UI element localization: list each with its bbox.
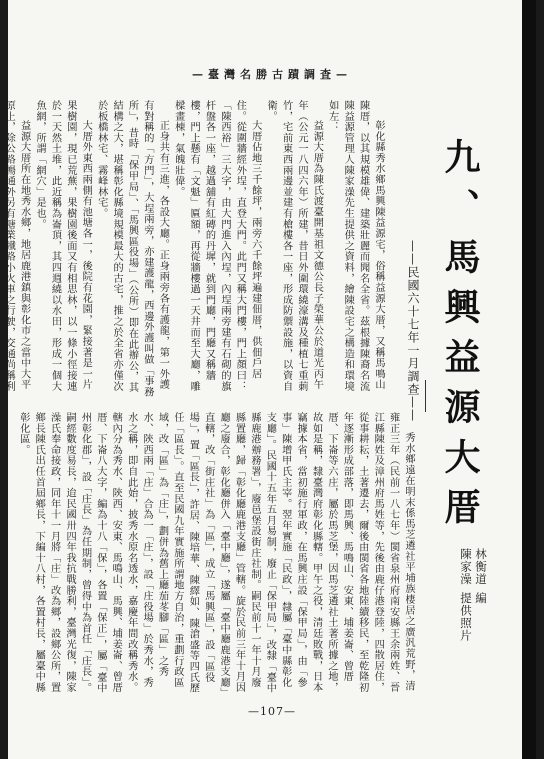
scan-edge — [522, 0, 536, 759]
paragraph: 大厝外東西兩側有池塘各一，後院有花園，緊接著是一片果樹園，現已荒蕪，果樹園後面又… — [32, 100, 94, 400]
paragraph: 大厝佔地三千餘坪，兩旁六千餘坪遍建佃厝，供佃戶居住。從圍牆經外埕，直登大門。此門… — [170, 100, 262, 400]
scanned-page: —臺灣名勝古蹟調査— 九、馬興益源大厝 ——民國六十七年一月調查—— 彰化縣秀水… — [8, 0, 536, 759]
paragraph: 秀水鄉遠在明末係馬芝遴社平埔族棲居之廣汎荒野，清雍正三年（民前一八七年）閩省泉州… — [15, 412, 416, 697]
photo-credit: 陳家澡提供照片 — [458, 548, 473, 642]
running-header: —臺灣名勝古蹟調査— — [8, 66, 536, 82]
paragraph: 彰化縣秀水鄉馬興陳益源宅，俗稱益源大厝，又稱馬鳴山陳厝，以其規模雄偉、建築壯麗而… — [324, 100, 386, 400]
lower-text-block: 秀水鄉遠在明末係馬芝遴社平埔族棲居之廣汎荒野，清雍正三年（民前一八七年）閩省泉州… — [86, 412, 416, 697]
paragraph: 益源大厝所在地秀水鄉，地居鹿港鎮與彰化市之當中大平原上，除公路暢通外另有糖業鐵路… — [0, 100, 32, 400]
editor-credit: 林衡道編 — [473, 548, 488, 642]
upper-text-block: 彰化縣秀水鄉馬興陳益源宅，俗稱益源大厝，又稱馬鳴山陳厝，以其規模雄偉、建築壯麗而… — [66, 100, 386, 400]
article-credits: 林衡道編 陳家澡提供照片 — [458, 548, 488, 642]
paragraph: 益源大厝為陳氏渡臺開基祖文德公長子榮華公於道光丙午年（公元一八四六年）所建，昔日… — [263, 100, 325, 400]
article-title: 九、馬興益源大厝 — [440, 138, 480, 538]
title-divider — [425, 380, 426, 412]
page-number: —107— — [8, 705, 536, 718]
paragraph: 正身共有三進，各設大廳。正身兩旁各有護龍，第一外護有對稱的「方門」，大埕兩旁，亦… — [93, 100, 170, 400]
article-subtitle: ——民國六十七年一月調查—— — [406, 240, 420, 422]
